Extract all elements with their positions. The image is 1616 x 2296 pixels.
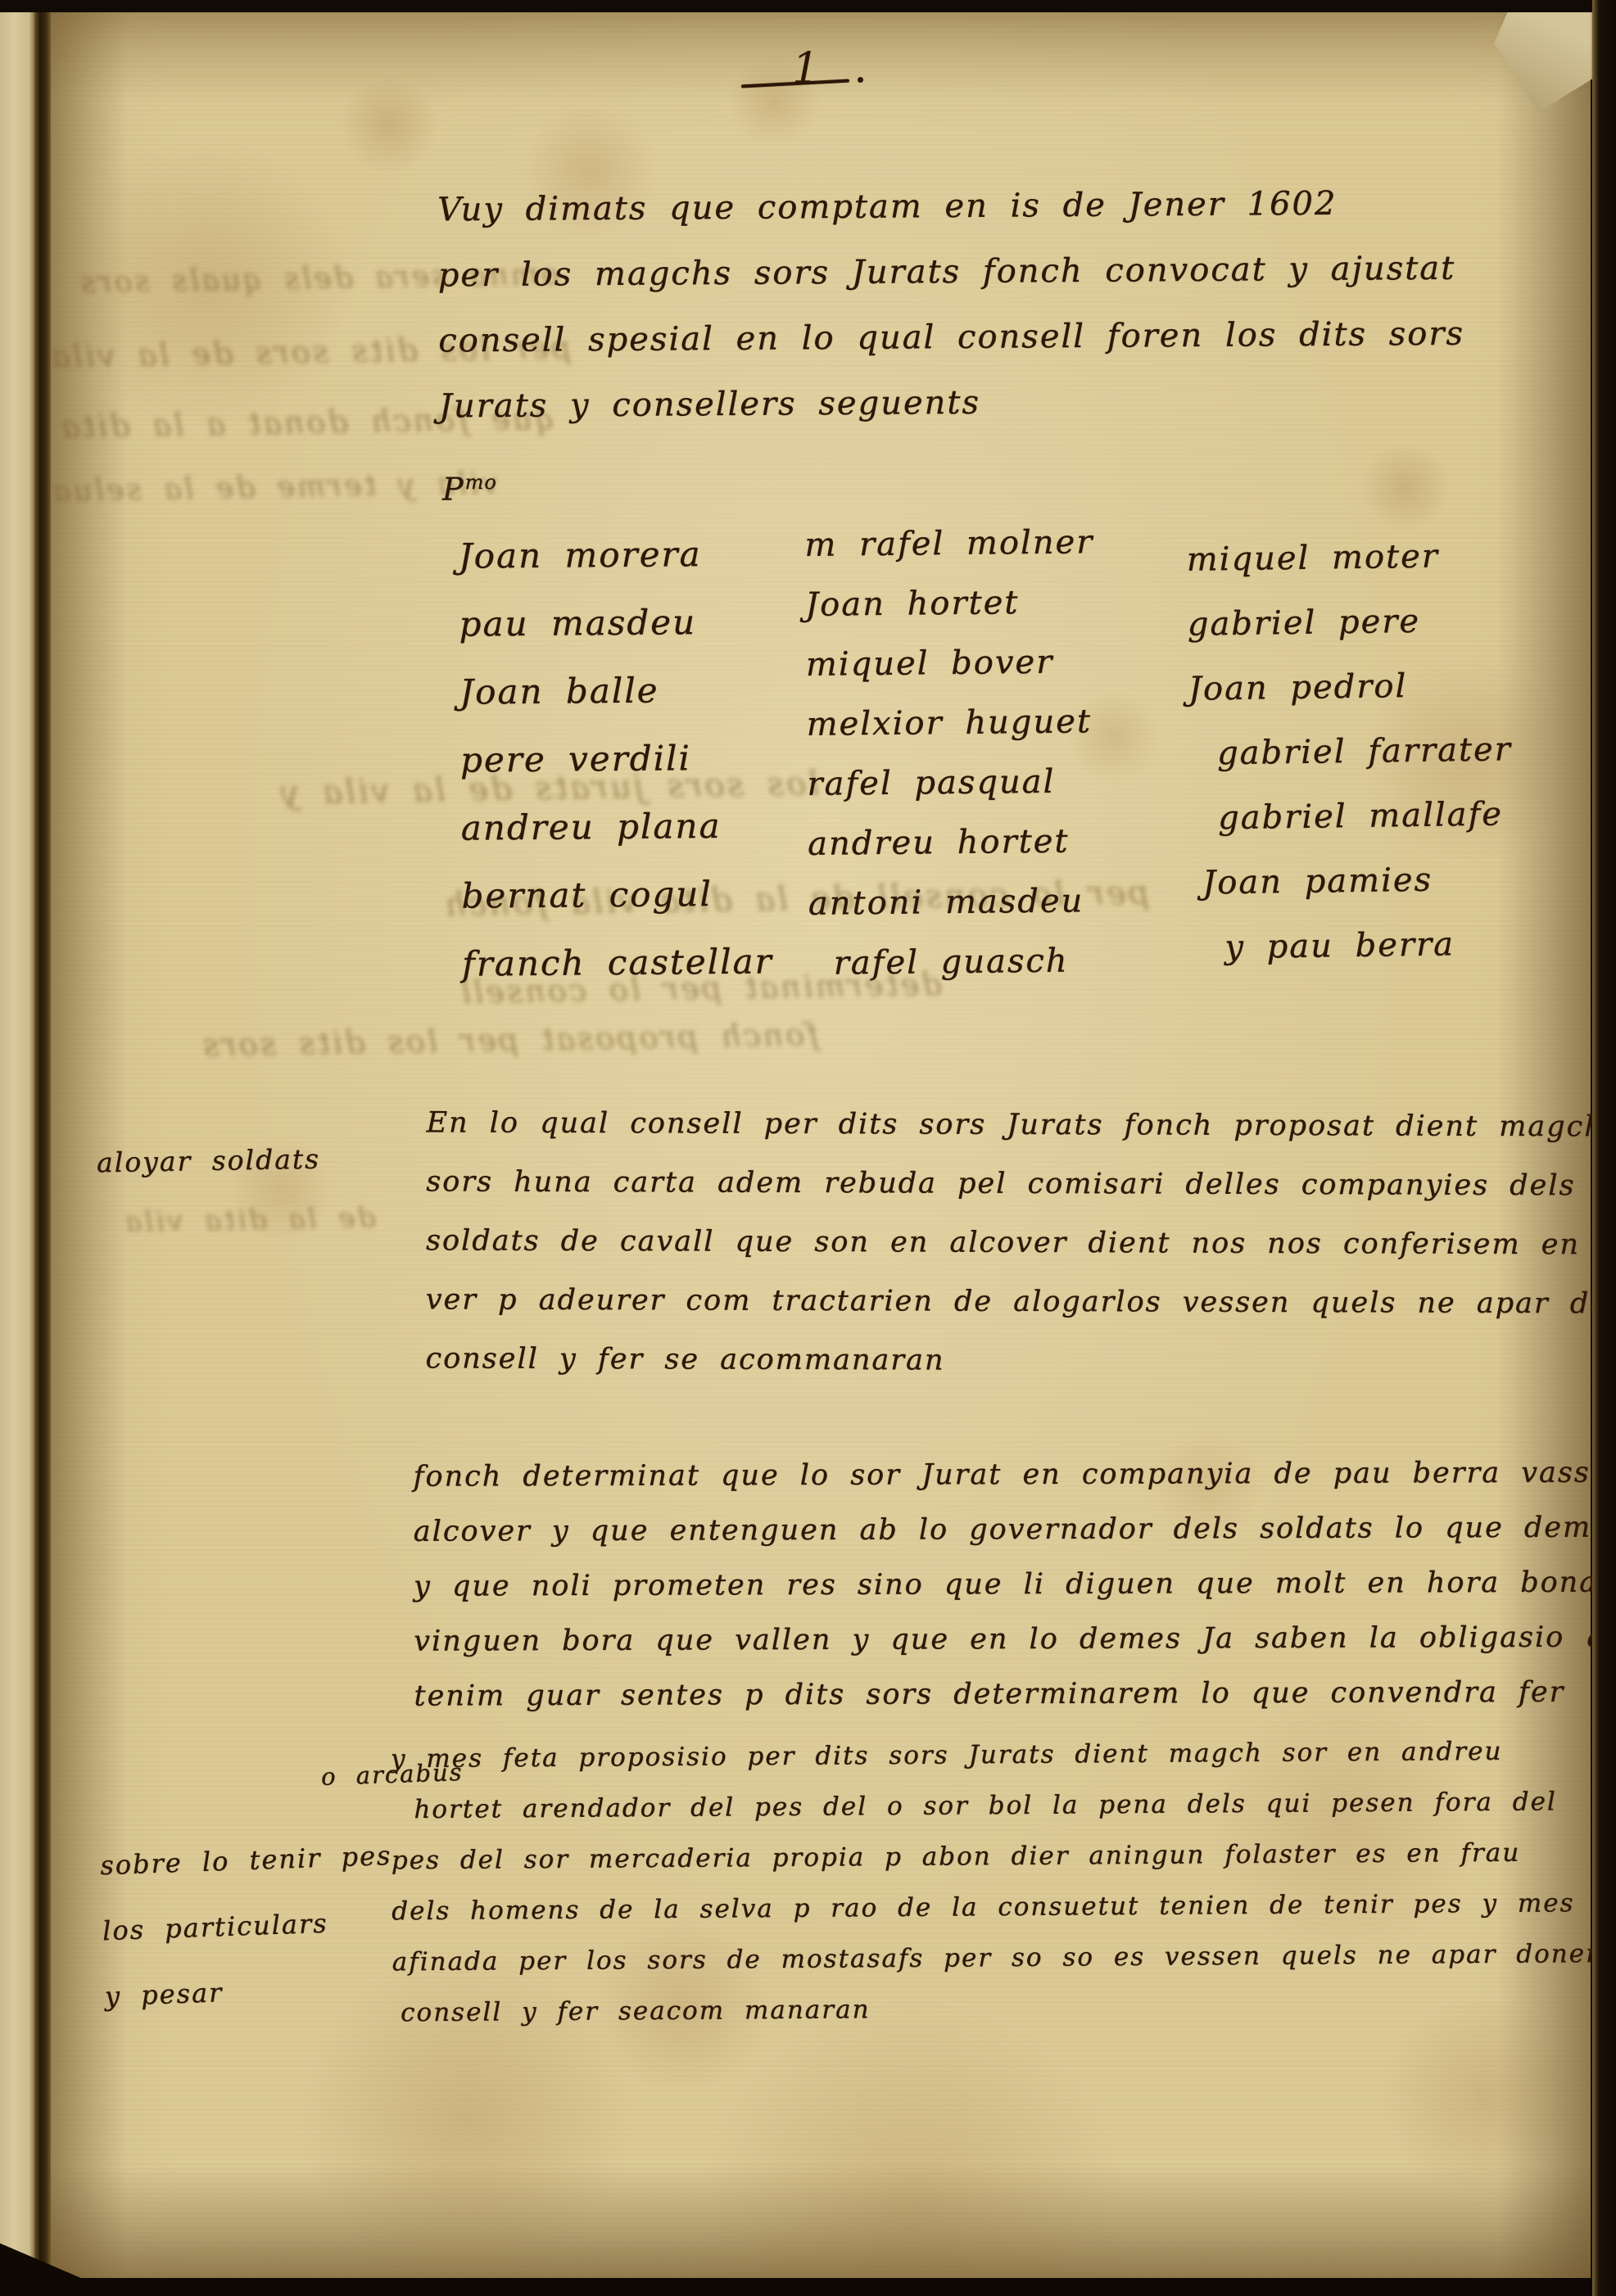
scan-border-right bbox=[1592, 0, 1616, 2296]
name-entry: gabriel mallafe bbox=[1218, 782, 1514, 851]
jurats-column-1: Joan morera pau masdeu Joan balle pere v… bbox=[458, 519, 773, 997]
list-heading-primo: Pmo bbox=[442, 471, 497, 508]
folio-mark-numeral: 1 bbox=[792, 44, 819, 93]
text-line: dels homens de la selva p rao de la cons… bbox=[392, 1878, 1616, 1937]
opening-paragraph: Vuy dimats que comptam en is de Jener 16… bbox=[437, 170, 1465, 440]
text-line: consell spesial en lo qual consell foren… bbox=[438, 301, 1464, 374]
text-line: soldats de cavall que son en alcover die… bbox=[426, 1211, 1616, 1274]
text-line: ver p adeurer com tractarien de alogarlo… bbox=[426, 1270, 1616, 1333]
paragraph-proposal: En lo qual consell per dits sors Jurats … bbox=[425, 1093, 1616, 1392]
text-line: Jurats y consellers seguents bbox=[439, 367, 1465, 440]
name-entry: bernat cogul bbox=[461, 859, 772, 929]
consellers-column-3: miquel moter gabriel pere Joan pedrol ga… bbox=[1186, 523, 1514, 980]
list-heading-superscript: mo bbox=[465, 471, 497, 494]
name-entry: rafel guasch bbox=[833, 931, 1098, 993]
manuscript-scan: omna sera dels quals sors per los dits s… bbox=[0, 0, 1616, 2296]
name-entry: pere verdili bbox=[460, 723, 772, 793]
name-entry: andreu hortet bbox=[808, 811, 1098, 875]
margin-note-weights: sobre lo tenir pes los particulars y pes… bbox=[99, 1823, 397, 2029]
paragraph-weights: y mes feta proposisio per dits sors Jura… bbox=[391, 1725, 1616, 2039]
name-entry: andreu plana bbox=[460, 791, 772, 861]
text-line: pes del sor mercaderia propia p abon die… bbox=[392, 1827, 1616, 1887]
text-line: y que noli prometen res sino que li digu… bbox=[414, 1555, 1616, 1614]
name-entry: antoni masdeu bbox=[808, 871, 1098, 934]
name-entry: Joan hortet bbox=[805, 572, 1095, 635]
name-entry: pau masdeu bbox=[459, 587, 770, 658]
text-line: per los magchs sors Jurats fonch convoca… bbox=[437, 236, 1464, 309]
name-entry: franch castellar bbox=[462, 927, 773, 997]
name-entry: m rafel molner bbox=[804, 513, 1094, 576]
folio-header-mark: 1 bbox=[741, 39, 864, 113]
scan-border-top bbox=[0, 0, 1616, 12]
name-entry: Joan balle bbox=[459, 655, 771, 725]
name-entry: rafel pasqual bbox=[807, 752, 1097, 815]
consellers-column-2: m rafel molner Joan hortet miquel bover … bbox=[804, 513, 1098, 994]
text-line: Vuy dimats que comptam en is de Jener 16… bbox=[437, 170, 1464, 243]
previous-page-edge bbox=[0, 10, 34, 2270]
text-line: sobre lo tenir pes bbox=[99, 1823, 393, 1898]
text-line: los particulars bbox=[102, 1888, 396, 1964]
name-entry: Joan pamies bbox=[1202, 847, 1514, 915]
text-line: y pesar bbox=[104, 1954, 398, 2029]
binding-gutter bbox=[34, 8, 51, 2276]
text-line: fonch determinat que lo sor Jurat en com… bbox=[413, 1445, 1616, 1504]
text-line: En lo qual consell per dits sors Jurats … bbox=[426, 1093, 1616, 1156]
name-entry: Joan pedrol bbox=[1188, 653, 1511, 721]
text-line: alcover y que entenguen ab lo governador… bbox=[414, 1500, 1616, 1559]
text-line: y mes feta proposisio per dits sors Jura… bbox=[391, 1725, 1616, 1785]
name-entry: melxior huguet bbox=[806, 692, 1096, 755]
name-entry: miquel bover bbox=[805, 632, 1095, 695]
margin-note-lodging: aloyar soldats bbox=[97, 1143, 321, 1179]
paragraph-resolution: fonch determinat que lo sor Jurat en com… bbox=[413, 1445, 1616, 1724]
name-entry: gabriel farrater bbox=[1216, 717, 1512, 786]
text-line: hortet arendador del pes del o sor bol l… bbox=[414, 1776, 1616, 1835]
name-entry: y pau berra bbox=[1224, 911, 1515, 980]
name-entry: Joan morera bbox=[458, 519, 769, 590]
text-line: consell y fer se acommanaran bbox=[425, 1329, 1616, 1392]
text-line: tenim guar sentes p dits sors determinar… bbox=[414, 1665, 1616, 1724]
name-entry: gabriel pere bbox=[1187, 588, 1510, 657]
text-line: afinada per los sors de mostasafs per so… bbox=[392, 1928, 1616, 1988]
name-entry: miquel moter bbox=[1186, 523, 1510, 592]
text-line: vinguen bora que vallen y que en lo deme… bbox=[414, 1610, 1616, 1669]
folio-mark-dot bbox=[858, 77, 863, 83]
text-line: consell y fer seacom manaran bbox=[401, 1979, 1616, 2039]
text-line: sors huna carta adem rebuda pel comisari… bbox=[426, 1152, 1616, 1215]
scan-border-bottom bbox=[0, 2278, 1616, 2296]
list-heading-base: P bbox=[442, 472, 465, 508]
